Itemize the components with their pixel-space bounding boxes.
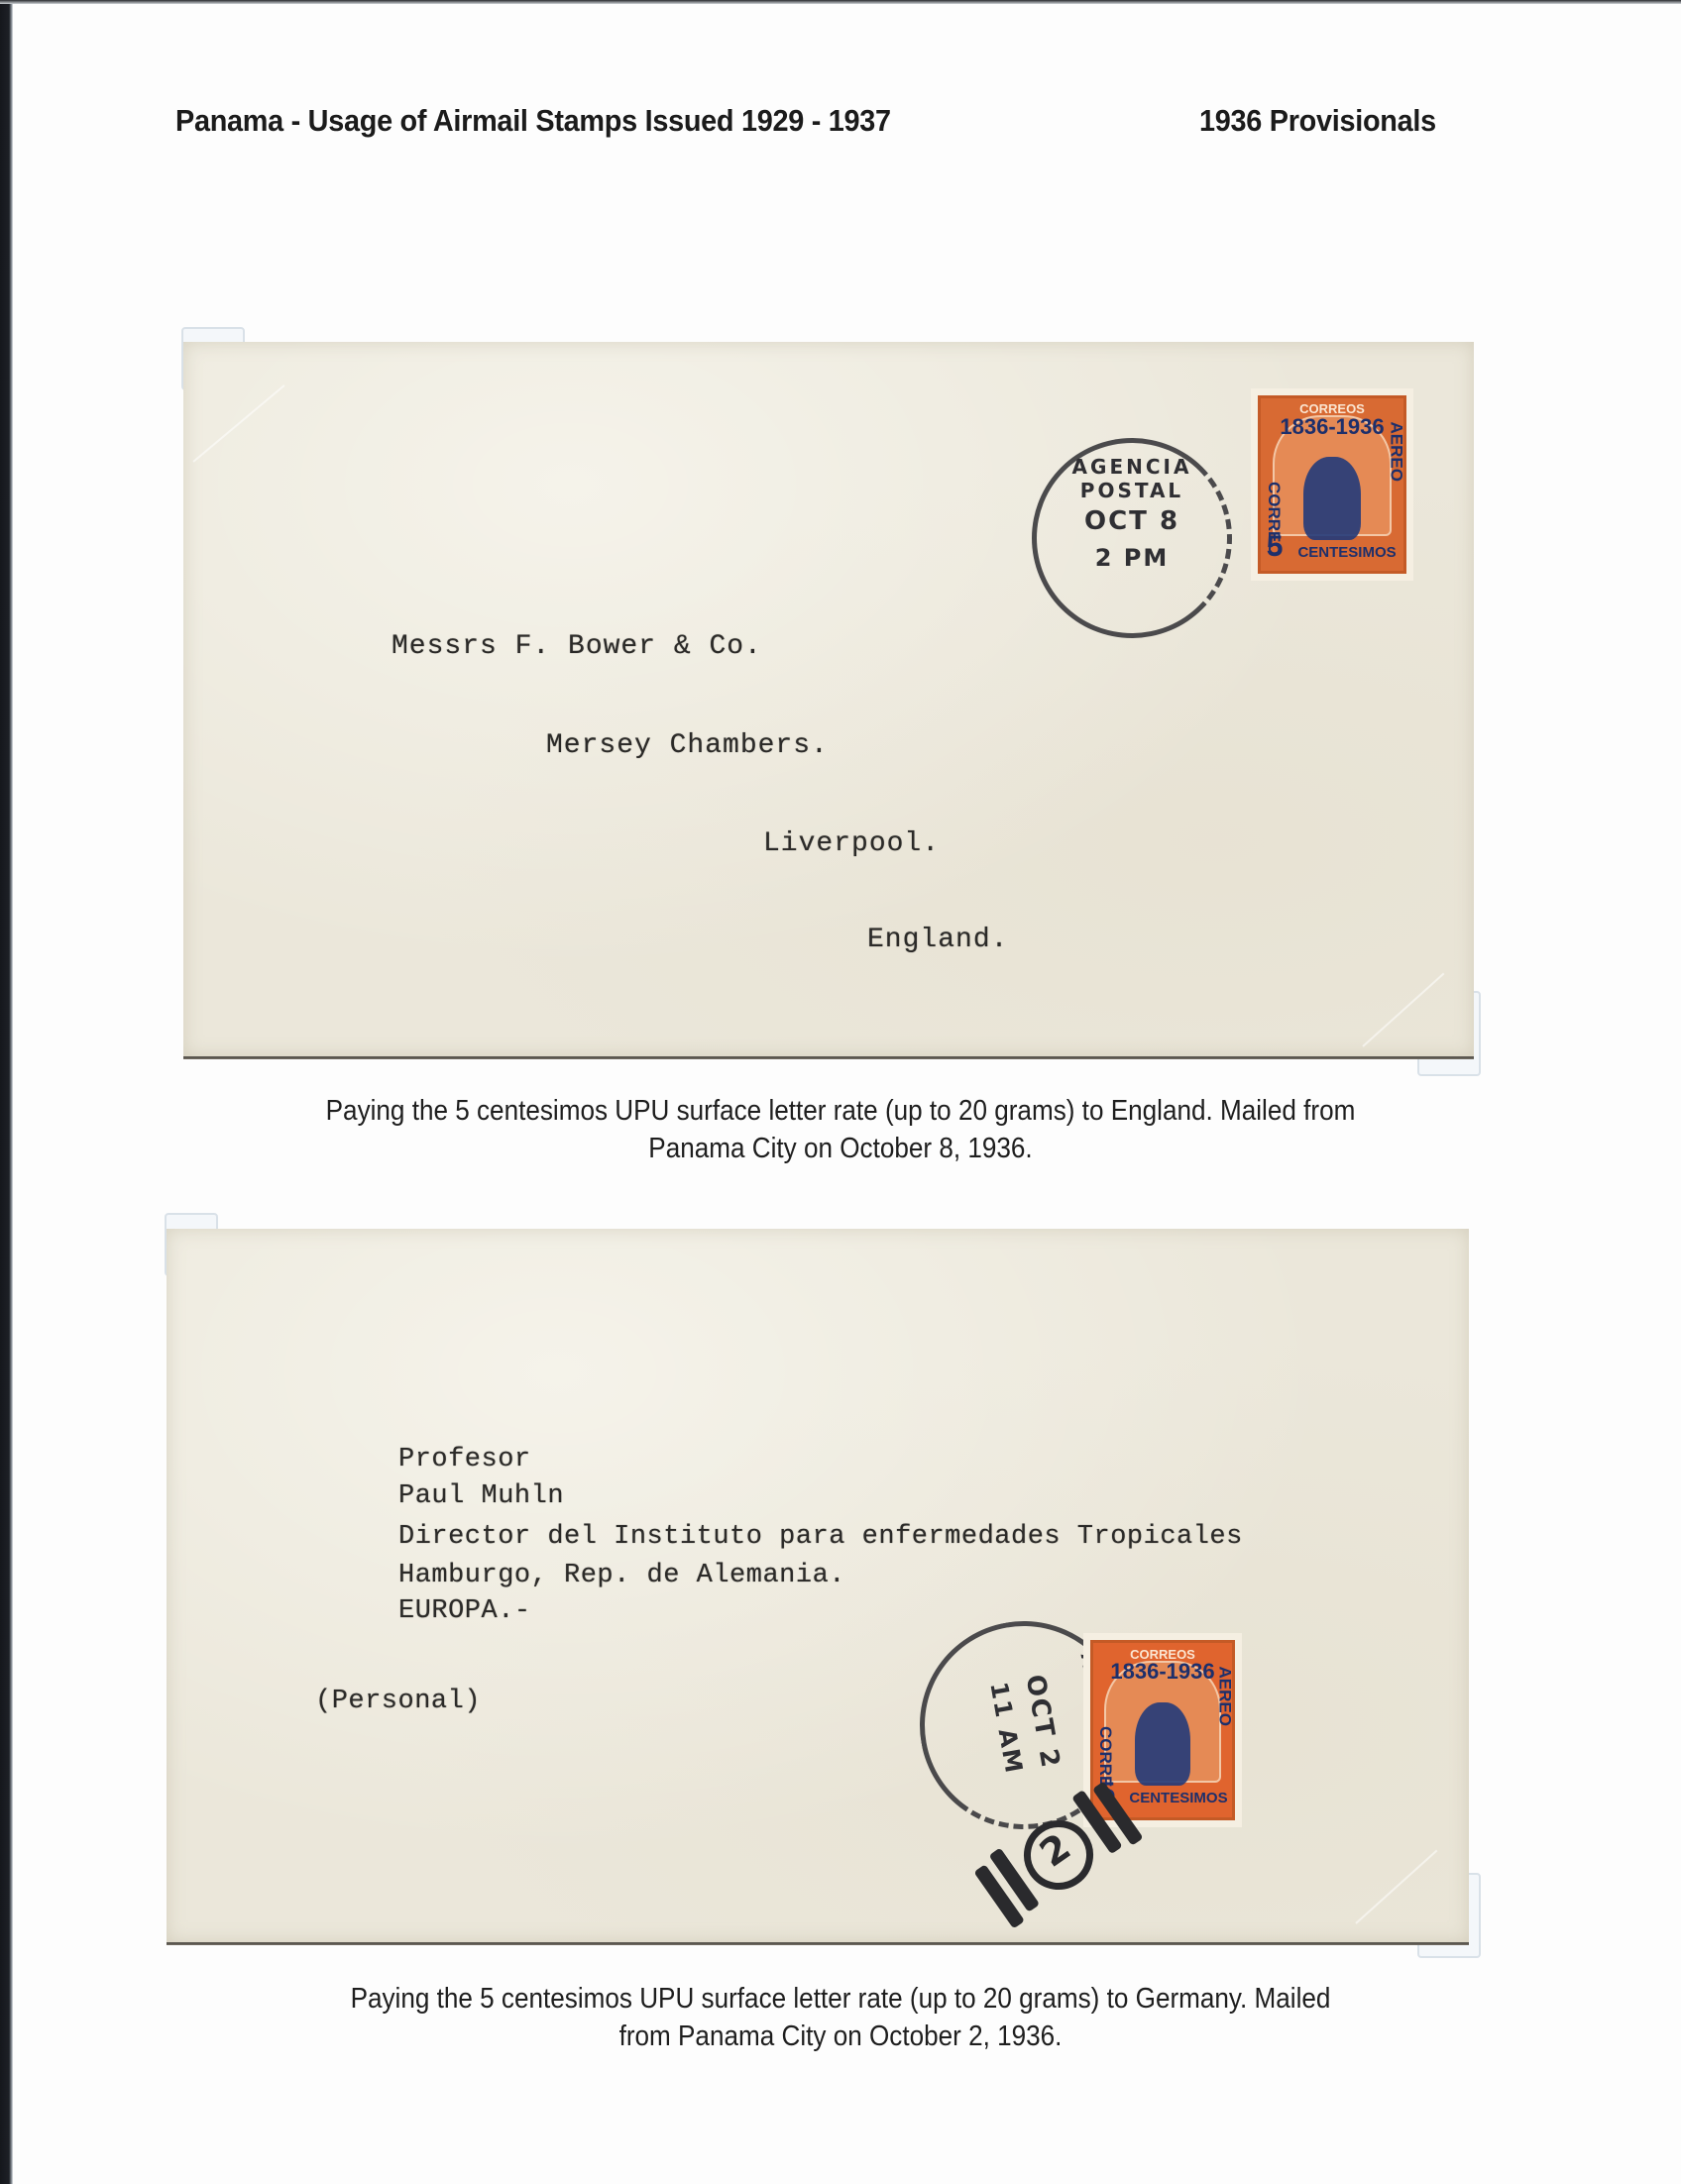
cover-caption-1: Paying the 5 centesimos UPU surface lett… — [84, 1092, 1597, 1167]
caption-line: Panama City on October 8, 1936. — [84, 1130, 1597, 1167]
page-title: Panama - Usage of Airmail Stamps Issued … — [175, 103, 891, 139]
address-line: Mersey Chambers. — [546, 730, 829, 761]
address-line: Messrs F. Bower & Co. — [392, 631, 762, 662]
cover-caption-2: Paying the 5 centesimos UPU surface lett… — [84, 1980, 1597, 2055]
circular-datestamp: AGENCIA POSTAL OCT 8 2 PM — [1032, 438, 1232, 638]
personal-note: (Personal) — [315, 1687, 481, 1716]
address-line: England. — [867, 925, 1008, 955]
cover-envelope-2: Profesor Paul Muhln Director del Institu… — [167, 1229, 1469, 1944]
airmail-provisional-stamp: CORREOS 1836-1936 CORREO AEREO 5 CENTESI… — [1251, 388, 1413, 581]
stamp-design: CORREOS 1836-1936 CORREO AEREO 5 CENTESI… — [1258, 395, 1406, 574]
stamp-overprint-years: 1836-1936 — [1261, 414, 1403, 440]
stamp-overprint-right: AEREO — [1387, 421, 1406, 481]
stamp-value: 5 — [1267, 530, 1284, 564]
address-line: EUROPA.- — [398, 1596, 531, 1626]
page-header: Panama - Usage of Airmail Stamps Issued … — [0, 103, 1681, 143]
address-line: Paul Muhln — [398, 1481, 564, 1511]
postmark-town: AGENCIA POSTAL — [1037, 455, 1227, 502]
stamp-denomination: CENTESIMOS — [1129, 1790, 1227, 1806]
stamp-overprint-right: AEREO — [1215, 1667, 1235, 1726]
portrait-icon — [1303, 457, 1361, 540]
postmark-date: OCT 8 — [1037, 506, 1227, 536]
caption-line: from Panama City on October 2, 1936. — [84, 2018, 1597, 2055]
address-line: Liverpool. — [763, 828, 940, 859]
scan-edge-top — [0, 0, 1681, 4]
section-title: 1936 Provisionals — [1199, 103, 1436, 139]
address-line: Director del Instituto para enfermedades… — [398, 1522, 1243, 1552]
envelope-fold — [1362, 973, 1444, 1047]
caption-line: Paying the 5 centesimos UPU surface lett… — [84, 1980, 1597, 2018]
postmark-time: 2 PM — [1037, 544, 1227, 572]
caption-line: Paying the 5 centesimos UPU surface lett… — [84, 1092, 1597, 1130]
envelope-fold — [192, 384, 284, 463]
stamp-denomination: CENTESIMOS — [1297, 544, 1396, 561]
stamp-overprint-years: 1836-1936 — [1093, 1659, 1232, 1685]
cover-envelope-1: Messrs F. Bower & Co. Mersey Chambers. L… — [183, 342, 1474, 1058]
address-line: Profesor — [398, 1445, 531, 1474]
address-line: Hamburgo, Rep. de Alemania. — [398, 1561, 845, 1590]
envelope-fold — [1355, 1850, 1437, 1924]
scan-edge-left — [0, 0, 13, 2184]
portrait-icon — [1135, 1702, 1190, 1786]
